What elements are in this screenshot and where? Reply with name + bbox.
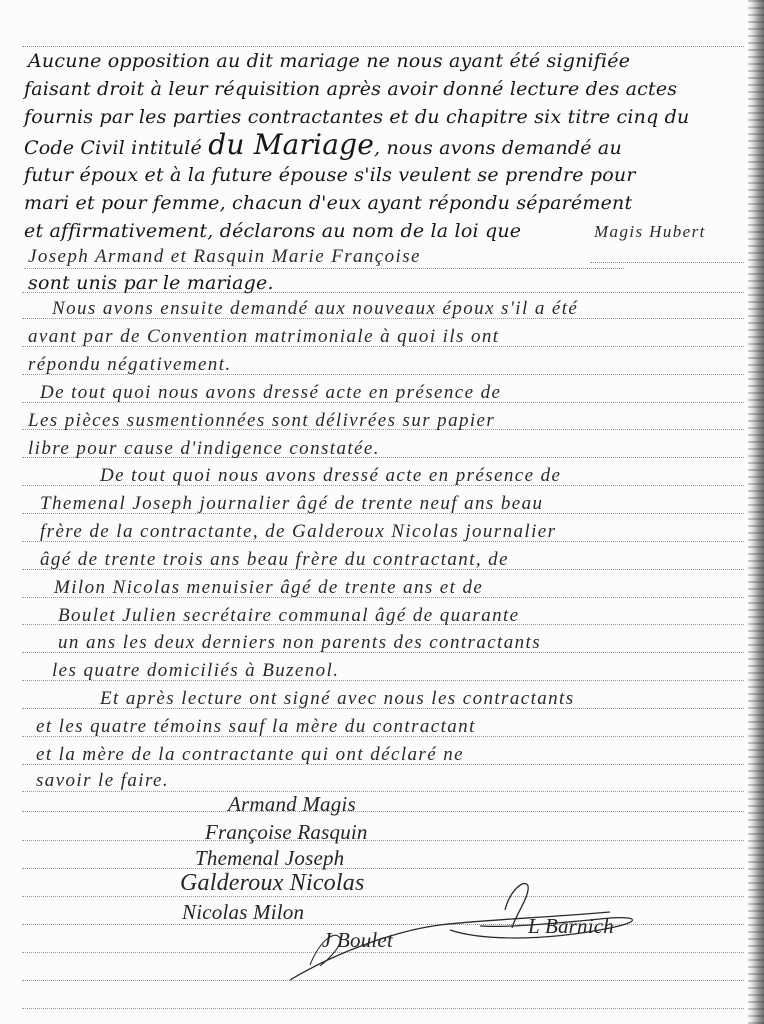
printed-line: futur époux et à la future épouse s'ils … — [24, 164, 636, 186]
rule-line — [24, 268, 624, 269]
printed-line: mari et pour femme, chacun d'eux ayant r… — [24, 192, 632, 214]
handwritten-line: avant par de Convention matrimoniale à q… — [28, 326, 499, 348]
printed-line: faisant droit à leur réquisition après a… — [24, 78, 677, 100]
printed-line: Aucune opposition au dit mariage ne nous… — [28, 50, 630, 72]
handwritten-line: savoir le faire. — [36, 770, 169, 792]
printed-line: sont unis par le mariage. — [28, 272, 274, 294]
handwritten-line: Et après lecture ont signé avec nous les… — [100, 688, 575, 710]
handwritten-line: et les quatre témoins sauf la mère du co… — [36, 716, 476, 738]
printed-line: et affirmativement, déclarons au nom de … — [24, 220, 521, 242]
handwritten-line: De tout quoi nous avons dressé acte en p… — [40, 382, 501, 404]
handwritten-line: Nous avons ensuite demandé aux nouveaux … — [52, 298, 578, 320]
handwritten-name: Magis Hubert — [594, 222, 706, 242]
book-binding-edge — [748, 0, 764, 1024]
signature: Themenal Joseph — [195, 846, 344, 871]
document-page: Aucune opposition au dit mariage ne nous… — [0, 0, 764, 1024]
rule-line — [22, 868, 744, 869]
printed-line: fournis par les parties contractantes et… — [24, 106, 689, 128]
printed-line: Code Civil intitulé du Mariage, nous avo… — [24, 128, 622, 161]
signature-flourish-icon — [280, 870, 700, 990]
handwritten-line: Boulet Julien secrétaire communal âgé de… — [58, 605, 520, 627]
rule-line — [22, 840, 744, 841]
handwritten-line: Milon Nicolas menuisier âgé de trente an… — [54, 577, 483, 599]
handwritten-line: Themenal Joseph journalier âgé de trente… — [40, 493, 543, 515]
rule-line — [590, 262, 744, 263]
printed-text: Code Civil intitulé — [24, 137, 202, 159]
rule-line — [22, 46, 744, 47]
handwritten-line: De tout quoi nous avons dressé acte en p… — [100, 465, 561, 487]
signature: Armand Magis — [228, 792, 356, 817]
handwritten-names: Joseph Armand et Rasquin Marie Françoise — [28, 246, 421, 268]
rule-line — [22, 1008, 744, 1009]
chapter-title: du Mariage — [208, 128, 374, 161]
handwritten-line: les quatre domiciliés à Buzenol. — [52, 660, 339, 682]
printed-text: , nous avons demandé au — [374, 137, 622, 159]
handwritten-line: âgé de trente trois ans beau frère du co… — [40, 549, 509, 571]
handwritten-line: libre pour cause d'indigence constatée. — [28, 438, 380, 460]
handwritten-line: un ans les deux derniers non parents des… — [58, 632, 541, 654]
handwritten-line: et la mère de la contractante qui ont dé… — [36, 744, 464, 766]
handwritten-line: répondu négativement. — [28, 354, 232, 376]
signature: Françoise Rasquin — [205, 820, 368, 845]
handwritten-line: frère de la contractante, de Galderoux N… — [40, 521, 556, 543]
handwritten-line: Les pièces susmentionnées sont délivrées… — [28, 410, 495, 432]
rule-line — [22, 811, 744, 812]
